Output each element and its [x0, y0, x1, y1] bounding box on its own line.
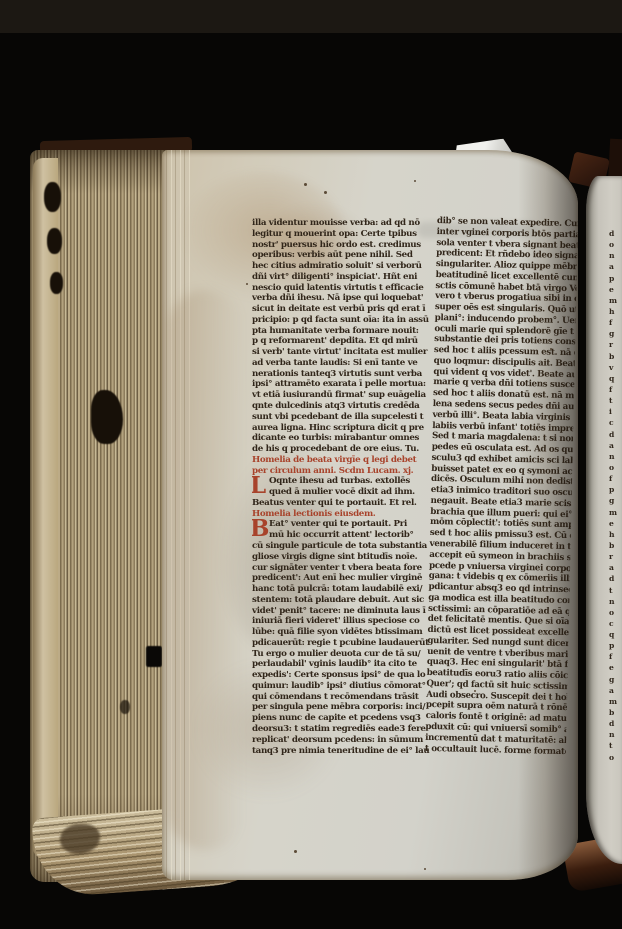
text-line: de his q procedebant de ore eius. Tu. [252, 444, 433, 455]
text-line: gliose virgis digne sint btitudīs noīe. [252, 552, 433, 563]
text-line: replicat' deorsum pcedens: in sūmum [252, 735, 433, 746]
text-line: vt etiā iusiurandū firmat' sup euāgelia [252, 390, 433, 401]
text-line: iniuriā fieri videret' illius speciose c… [252, 616, 433, 627]
text-line: tanq3 pre nimia teneritudine de ei° lau [252, 746, 433, 757]
edge-letter-fragment: d [609, 429, 622, 440]
text-line: deorsu3: t statim regrediēs eade3 fere [252, 724, 433, 735]
edge-letter-fragment: e [609, 284, 622, 295]
edge-letter-fragment: g [609, 328, 622, 339]
edge-letter-fragment: h [609, 306, 622, 317]
text-line: mū hic occurrit attent' lectorib° [252, 530, 433, 541]
edge-letter-fragment: c [609, 417, 622, 428]
text-line: nostr' puersus hic ordo est. credimus [252, 240, 433, 251]
edge-letter-fragment: d [609, 718, 622, 729]
edge-letter-fragment: b [609, 540, 622, 551]
edge-letter-fragment: d [609, 228, 622, 239]
edge-tab-mark [50, 272, 63, 294]
edge-letter-fragment: o [609, 752, 622, 763]
edge-letter-fragment: f [609, 317, 622, 328]
edge-letter-fragment: b [609, 707, 622, 718]
edge-letter-fragment: q [609, 629, 622, 640]
text-line: pricipio: p qd facta sunt oīa: ita in as… [252, 315, 433, 326]
text-column-left: illa videntur mouisse verba: ad qd nōleg… [252, 218, 433, 759]
text-line: Homelia de beata virgīe q legi debet [252, 455, 433, 466]
text-line: qui cōmendans t recōmendans trāsit [252, 692, 433, 703]
edge-letter-fragment: t [609, 585, 622, 596]
edge-letter-fragment: a [609, 685, 622, 696]
text-column-right: dib° se non valeat expedire. Cur igitint… [425, 216, 578, 763]
text-line: pta humanitate verba formare nouit: [252, 326, 433, 337]
edge-letter-fragment: c [609, 618, 622, 629]
text-line: verba dñi ihesu. Nā ipse qui loquebat' [252, 293, 433, 304]
edge-letter-fragment: i [609, 406, 622, 417]
text-line: dicante eo turbis: mirabantur omnes [252, 433, 433, 444]
edge-notch [146, 646, 162, 667]
edge-letter-fragment: h [609, 529, 622, 540]
text-line: piens nunc de capite et pcedens vsq3 [252, 713, 433, 724]
text-line: Homelia lectionis eiusdem. [252, 509, 433, 520]
text-line: quimur: laudib° ipsi° diutius cōmorat° [252, 681, 433, 692]
text-line: legitur q mouerint opa: Certe tpibus [252, 229, 433, 240]
text-line: hec citius admiratio soluit' si verborū [252, 261, 433, 272]
edge-letter-fragment: g [609, 674, 622, 685]
text-line: per circulum anni. Scdm Lucam. xj. [252, 466, 433, 477]
edge-letter-fragment: t [609, 740, 622, 751]
text-line: Tu ergo o mulier deuota cur de tā su/ [252, 649, 433, 660]
text-line: cur signāter venter t vbera beata fore [252, 563, 433, 574]
edge-letter-fragment: o [609, 239, 622, 250]
ink-speck [304, 183, 307, 186]
edge-letter-fragment: a [609, 440, 622, 451]
text-line: nerationis tanteq3 virtutis sunt verba [252, 369, 433, 380]
text-line: stentem: totā plaudare debuit. Aut sic [252, 595, 433, 606]
edge-letter-fragment: r [609, 339, 622, 350]
edge-letter-fragment: f [609, 651, 622, 662]
text-line: predicent': Aut enī hec mulier virginē [252, 573, 433, 584]
edge-tab-mark [44, 182, 61, 212]
edge-letter-fragment: n [609, 451, 622, 462]
text-line: illa videntur mouisse verba: ad qd nō [252, 218, 433, 229]
edge-letter-fragment: n [609, 250, 622, 261]
text-line: cū singule particule de tota substantia [252, 541, 433, 552]
edge-letter-fragment: m [609, 295, 622, 306]
edge-letter-fragment: o [609, 462, 622, 473]
edge-letter-fragment: f [609, 473, 622, 484]
edge-letter-fragment: m [609, 696, 622, 707]
text-line: ad verba tante laudis: Si enī tante ve [252, 358, 433, 369]
edge-letter-fragment: p [609, 640, 622, 651]
text-line: aurea ligna. Hinc scriptura dicit q pre [252, 423, 433, 434]
edge-letter-fragment: r [609, 551, 622, 562]
edge-letter-fragment: d [609, 573, 622, 584]
book-page: illa videntur mouisse verba: ad qd nōleg… [162, 150, 578, 880]
facing-page-text-fragments: donapemhfgrbvqfticdanofpgmehbradtnocqpfe… [609, 228, 622, 764]
edge-letter-fragment: e [609, 518, 622, 529]
edge-letter-fragment: f [609, 384, 622, 395]
text-line: nescio quid latentis virtutis t efficaci… [252, 283, 433, 294]
edge-letter-fragment: q [609, 373, 622, 384]
edge-letter-fragment: p [609, 273, 622, 284]
text-line: per singula pene mēbra corporis: inci/ [252, 702, 433, 713]
ink-speck [414, 180, 416, 182]
text-line: dñi virt° diligenti° inspiciat'. Hñt eni [252, 272, 433, 283]
text-line: sicut in deitate est verbū pris qd erat … [252, 304, 433, 315]
edge-letter-fragment: o [609, 607, 622, 618]
edge-letter-fragment: a [609, 261, 622, 272]
edge-letter-fragment: t [609, 395, 622, 406]
edge-letter-fragment: a [609, 562, 622, 573]
text-line: pdicauerūt: regie t pcubine laudauerūt [252, 638, 433, 649]
rubric-drop-cap: B [252, 518, 269, 539]
text-line: ipsi° attramēto exarata ī pelle mortua: [252, 379, 433, 390]
edge-letter-fragment: n [609, 729, 622, 740]
edge-mark [120, 700, 130, 714]
text-line: p q reformarent' depdita. Et qd mirū [252, 336, 433, 347]
ink-speck [324, 191, 327, 194]
edge-letter-fragment: e [609, 662, 622, 673]
edge-letter-fragment: g [609, 495, 622, 506]
edge-tab-mark [47, 228, 62, 254]
text-line: videt' penit° tacere: ne diminuta laus ī [252, 606, 433, 617]
photo-of-open-book: donapemhfgrbvqfticdanofpgmehbradtnocqpfe… [0, 0, 622, 929]
slide-top-band [0, 0, 622, 33]
ink-speck [294, 850, 297, 853]
ink-speck [424, 868, 426, 870]
text-line: operibus: verbis aūt pene nihil. Sed [252, 250, 433, 261]
text-line: Beatus venter qui te portauit. Et rel. [252, 498, 433, 509]
text-line: sunt vbi pcedebant de illa supcelesti t [252, 412, 433, 423]
flyleaf-edge [33, 158, 58, 858]
ink-speck [246, 283, 248, 285]
edge-letter-fragment: b [609, 351, 622, 362]
text-line: Eat° venter qui te portauit. Pri [252, 519, 433, 530]
text-line: qued ā mulier vocē dixit ad ihm. [252, 487, 433, 498]
page-edge-creases [166, 150, 192, 880]
text-line: expedis': Certe sponsus ipsi° de qua lo [252, 670, 433, 681]
text-line: si verb' tante virtut' incitata est muli… [252, 347, 433, 358]
rubric-drop-cap: L [252, 475, 266, 496]
text-line: lūbe: quā filie syon vidētes btissimam [252, 627, 433, 638]
text-line: Oqnte ihesu ad turbas. extollēs [252, 476, 433, 487]
edge-letter-fragment: p [609, 484, 622, 495]
text-line: hanc totā pulcrā: totam laudabilē exi/ [252, 584, 433, 595]
edge-letter-fragment: n [609, 596, 622, 607]
edge-letter-fragment: v [609, 362, 622, 373]
text-line: perlaudabil' vginis laudib° ita cito te [252, 659, 433, 670]
text-line: qnte dulcedinis atq3 virtutis credēda [252, 401, 433, 412]
edge-letter-fragment: m [609, 507, 622, 518]
